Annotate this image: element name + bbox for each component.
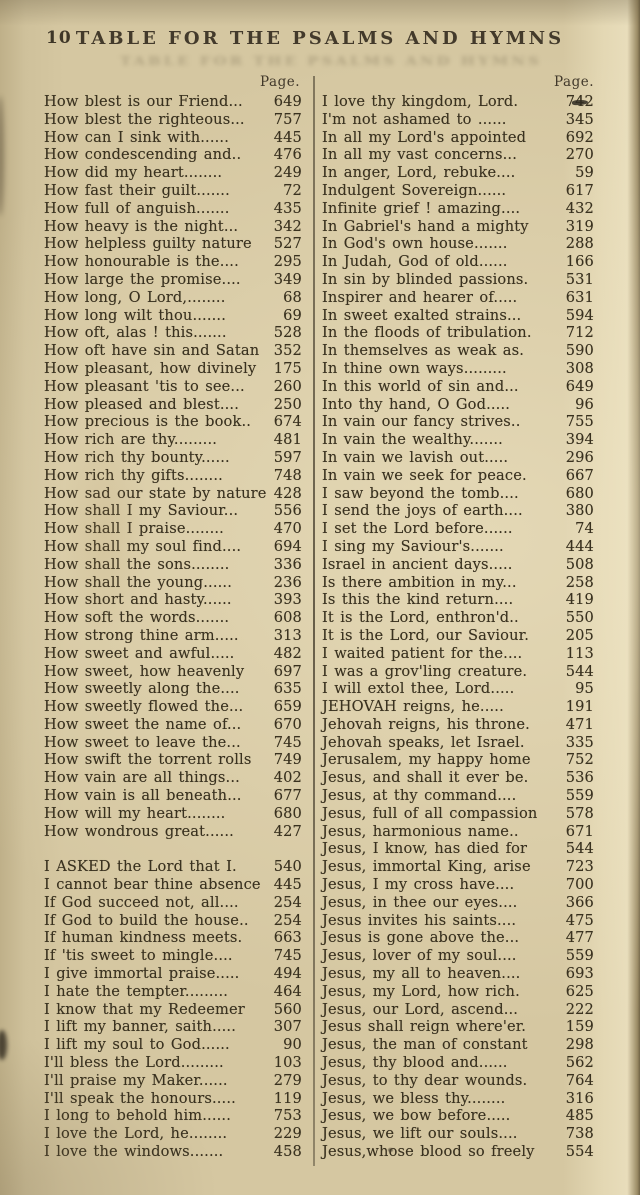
entry-text: How long, O Lord,........: [44, 289, 226, 307]
index-entry: How honourable is the....295: [44, 253, 302, 271]
entry-text: How short and hasty......: [44, 591, 232, 609]
index-entry: Is this the kind return....419: [322, 591, 594, 609]
entry-text: Jesus, to thy dear wounds.: [322, 1072, 527, 1090]
entry-page-number: 470: [274, 520, 302, 538]
entry-page-number: 528: [274, 324, 302, 342]
entry-text: Jesus, we bow before.....: [322, 1107, 510, 1125]
entry-text: How shall I my Saviour...: [44, 502, 238, 520]
entry-page-number: 119: [274, 1090, 302, 1108]
entry-text: It is the Lord, our Saviour.: [322, 627, 529, 645]
index-entry: Jesus, my all to heaven....693: [322, 965, 594, 983]
entry-text: In vain we lavish out.....: [322, 449, 508, 467]
entry-page-number: 482: [274, 645, 302, 663]
index-entry: Jesus, in thee our eyes....366: [322, 894, 594, 912]
index-entry: How precious is the book..674: [44, 413, 302, 431]
entry-page-number: 249: [274, 164, 302, 182]
entry-page-number: 295: [274, 253, 302, 271]
entry-text: I lift my banner, saith.....: [44, 1018, 236, 1036]
entry-text: I'll speak the honours.....: [44, 1090, 236, 1108]
entry-page-number: 481: [274, 431, 302, 449]
index-entry: Jesus, my Lord, how rich.625: [322, 983, 594, 1001]
entry-text: How long wilt thou.......: [44, 307, 226, 325]
entry-page-number: 254: [274, 912, 302, 930]
entry-text: How full of anguish.......: [44, 200, 230, 218]
index-entry: How sweetly along the....635: [44, 680, 302, 698]
index-entry: How swift the torrent rolls749: [44, 751, 302, 769]
entry-page-number: 95: [575, 680, 594, 698]
entry-page-number: 229: [274, 1125, 302, 1143]
index-entry: Jesus, we lift our souls....738: [322, 1125, 594, 1143]
entry-text: I was a grov'ling creature.: [322, 663, 527, 681]
entry-text: In Judah, God of old......: [322, 253, 508, 271]
entry-text: In the floods of tribulation.: [322, 324, 532, 342]
entry-page-number: 336: [274, 556, 302, 574]
entry-text: How heavy is the night...: [44, 218, 238, 236]
entry-text: How sweetly flowed the...: [44, 698, 243, 716]
entry-text: I give immortal praise.....: [44, 965, 239, 983]
entry-page-number: 677: [274, 787, 302, 805]
index-entry: Indulgent Sovereign......617: [322, 182, 594, 200]
entry-page-number: 96: [575, 396, 594, 414]
index-entry: I was a grov'ling creature.544: [322, 663, 594, 681]
index-entry: In themselves as weak as.590: [322, 342, 594, 360]
entry-page-number: 508: [566, 556, 594, 574]
entry-page-number: 222: [566, 1001, 594, 1019]
entry-text: How swift the torrent rolls: [44, 751, 252, 769]
page-title: TABLE FOR THE PSALMS AND HYMNS: [70, 28, 570, 49]
entry-page-number: 445: [274, 129, 302, 147]
entry-page-number: 298: [566, 1036, 594, 1054]
index-entry: Inspirer and hearer of.....631: [322, 289, 594, 307]
index-entry: How pleased and blest....250: [44, 396, 302, 414]
index-entry: Jesus, harmonious name..671: [322, 823, 594, 841]
entry-text: How honourable is the....: [44, 253, 239, 271]
entry-text: I love the windows.......: [44, 1143, 223, 1161]
index-entry: How large the promise....349: [44, 271, 302, 289]
entry-text: I waited patient for the....: [322, 645, 522, 663]
entry-text: Israel in ancient days.....: [322, 556, 513, 574]
entry-page-number: 594: [566, 307, 594, 325]
index-entry: I set the Lord before......74: [322, 520, 594, 538]
entry-page-number: 435: [274, 200, 302, 218]
entry-page-number: 659: [274, 698, 302, 716]
index-entry: Jesus, we bow before.....485: [322, 1107, 594, 1125]
entry-page-number: 191: [566, 698, 594, 716]
index-entry: I saw beyond the tomb....680: [322, 485, 594, 503]
entry-page-number: 544: [566, 663, 594, 681]
entry-text: How can I sink with......: [44, 129, 229, 147]
index-entry: How oft have sin and Satan352: [44, 342, 302, 360]
entry-page-number: 755: [566, 413, 594, 431]
entry-text: I'm not ashamed to ......: [322, 111, 507, 129]
entry-page-number: 427: [274, 823, 302, 841]
entry-page-number: 692: [566, 129, 594, 147]
entry-page-number: 313: [274, 627, 302, 645]
entry-page-number: 559: [566, 947, 594, 965]
entry-text: How shall I praise........: [44, 520, 224, 538]
index-entry: I'm not ashamed to ......345: [322, 111, 594, 129]
index-entry: How long, O Lord,........68: [44, 289, 302, 307]
entry-text: How oft have sin and Satan: [44, 342, 259, 360]
entry-text: I'll praise my Maker......: [44, 1072, 228, 1090]
index-entry: Into thy hand, O God.....96: [322, 396, 594, 414]
entry-text: Jehovah speaks, let Israel.: [322, 734, 525, 752]
entry-text: How sweetly along the....: [44, 680, 240, 698]
entry-text: In all my vast concerns...: [322, 146, 517, 164]
entry-text: If God to build the house..: [44, 912, 249, 930]
entry-page-number: 335: [566, 734, 594, 752]
entry-text: How pleased and blest....: [44, 396, 239, 414]
index-entry: I give immortal praise.....494: [44, 965, 302, 983]
entry-text: In themselves as weak as.: [322, 342, 524, 360]
entry-text: In vain the wealthy.......: [322, 431, 503, 449]
entry-page-number: 560: [274, 1001, 302, 1019]
index-entry: How blest the righteous...757: [44, 111, 302, 129]
index-entry: I love thy kingdom, Lord.742: [322, 93, 594, 111]
entry-page-number: 72: [283, 182, 302, 200]
entry-page-number: 475: [566, 912, 594, 930]
index-entry: In God's own house.......288: [322, 235, 594, 253]
entry-page-number: 694: [274, 538, 302, 556]
index-entry: Jesus, I know, has died for544: [322, 840, 594, 858]
entry-page-number: 254: [274, 894, 302, 912]
entry-page-number: 319: [566, 218, 594, 236]
index-entry: How short and hasty......393: [44, 591, 302, 609]
index-entry: I lift my soul to God......90: [44, 1036, 302, 1054]
entry-page-number: 680: [566, 485, 594, 503]
entry-text: I long to behold him......: [44, 1107, 231, 1125]
index-entry: In sin by blinded passions.531: [322, 271, 594, 289]
index-entry: I waited patient for the....113: [322, 645, 594, 663]
index-entry: How condescending and..476: [44, 146, 302, 164]
index-entry: How sweet to leave the...745: [44, 734, 302, 752]
entry-text: In sin by blinded passions.: [322, 271, 528, 289]
entry-text: In anger, Lord, rebuke....: [322, 164, 515, 182]
entry-text: Jesus, we lift our souls....: [322, 1125, 518, 1143]
index-entry: I lift my banner, saith.....307: [44, 1018, 302, 1036]
entry-text: How blest the righteous...: [44, 111, 245, 129]
entry-text: If human kindness meets.: [44, 929, 242, 947]
index-entry: How sad our state by nature428: [44, 485, 302, 503]
entry-text: In God's own house.......: [322, 235, 507, 253]
entry-page-number: 544: [566, 840, 594, 858]
entry-text: How sweet the name of...: [44, 716, 241, 734]
left-edge-smudge: [0, 1030, 7, 1060]
index-entry: Jesus, to thy dear wounds.764: [322, 1072, 594, 1090]
entry-text: How did my heart........: [44, 164, 222, 182]
index-entry: Jesus, our Lord, ascend...222: [322, 1001, 594, 1019]
entry-text: How sweet, how heavenly: [44, 663, 244, 681]
entry-text: I love the Lord, he........: [44, 1125, 227, 1143]
scanned-book-page: 10 TABLE FOR THE PSALMS AND HYMNS TABLE …: [0, 0, 640, 1195]
entry-text: I ASKED the Lord that I.: [44, 858, 237, 876]
entry-page-number: 288: [566, 235, 594, 253]
entry-page-number: 667: [566, 467, 594, 485]
entry-page-number: 464: [274, 983, 302, 1001]
entry-page-number: 349: [274, 271, 302, 289]
folio-number: 10: [46, 28, 72, 48]
entry-page-number: 723: [566, 858, 594, 876]
column-divider-rule: [313, 76, 315, 1166]
entry-page-number: 674: [274, 413, 302, 431]
index-entry: How rich are thy.........481: [44, 431, 302, 449]
right-column-list: I love thy kingdom, Lord.742I'm not asha…: [322, 93, 594, 1161]
entry-text: How helpless guilty nature: [44, 235, 252, 253]
entry-text: How sweet and awful.....: [44, 645, 234, 663]
entry-text: Infinite grief ! amazing....: [322, 200, 520, 218]
index-entry: How long wilt thou.......69: [44, 307, 302, 325]
index-entry: Jesus, immortal King, arise723: [322, 858, 594, 876]
entry-page-number: 175: [274, 360, 302, 378]
index-entry: In vain the wealthy.......394: [322, 431, 594, 449]
entry-text: Jesus, my all to heaven....: [322, 965, 520, 983]
entry-text: Jesus, in thee our eyes....: [322, 894, 517, 912]
entry-page-number: 608: [274, 609, 302, 627]
entry-text: I hate the tempter.........: [44, 983, 228, 1001]
entry-page-number: 578: [566, 805, 594, 823]
index-entry: How vain is all beneath...677: [44, 787, 302, 805]
index-entry: I hate the tempter.........464: [44, 983, 302, 1001]
entry-text: I send the joys of earth....: [322, 502, 523, 520]
index-entry: How wondrous great......427: [44, 823, 302, 841]
entry-text: If God succeed not, all....: [44, 894, 239, 912]
entry-text: In vain we seek for peace.: [322, 467, 527, 485]
entry-text: Jerusalem, my happy home: [322, 751, 531, 769]
index-entry: If God to build the house..254: [44, 912, 302, 930]
index-entry: It is the Lord, our Saviour.205: [322, 627, 594, 645]
index-entry: How shall my soul find....694: [44, 538, 302, 556]
entry-text: Jesus, we bless thy........: [322, 1090, 505, 1108]
entry-text: Inspirer and hearer of.....: [322, 289, 517, 307]
entry-page-number: 345: [566, 111, 594, 129]
entry-page-number: 752: [566, 751, 594, 769]
index-entry: I know that my Redeemer560: [44, 1001, 302, 1019]
entry-text: How shall the sons........: [44, 556, 229, 574]
index-entry: I sing my Saviour's.......444: [322, 538, 594, 556]
entry-page-number: 316: [566, 1090, 594, 1108]
index-entry: How vain are all things...402: [44, 769, 302, 787]
entry-text: If 'tis sweet to mingle....: [44, 947, 233, 965]
entry-page-number: 562: [566, 1054, 594, 1072]
index-entry: How rich thy gifts........748: [44, 467, 302, 485]
entry-page-number: 458: [274, 1143, 302, 1161]
entry-page-number: 757: [274, 111, 302, 129]
entry-page-number: 536: [566, 769, 594, 787]
entry-text: How blest is our Friend...: [44, 93, 243, 111]
entry-page-number: 631: [566, 289, 594, 307]
left-edge-shadow: [0, 96, 4, 216]
entry-page-number: 90: [283, 1036, 302, 1054]
entry-page-number: 494: [274, 965, 302, 983]
index-entry: In this world of sin and...649: [322, 378, 594, 396]
index-entry: I long to behold him......753: [44, 1107, 302, 1125]
entry-page-number: 745: [274, 947, 302, 965]
entry-text: How rich are thy.........: [44, 431, 217, 449]
entry-page-number: 394: [566, 431, 594, 449]
entry-text: Jesus, immortal King, arise: [322, 858, 531, 876]
entry-page-number: 635: [274, 680, 302, 698]
index-entry: How strong thine arm.....313: [44, 627, 302, 645]
entry-page-number: 68: [283, 289, 302, 307]
entry-page-number: 745: [274, 734, 302, 752]
index-entry: Jesus, thy blood and......562: [322, 1054, 594, 1072]
entry-text: How soft the words.......: [44, 609, 229, 627]
entry-text: How pleasant, how divinely: [44, 360, 256, 378]
entry-text: How shall the young......: [44, 574, 232, 592]
index-entry: In sweet exalted strains...594: [322, 307, 594, 325]
entry-page-number: 554: [566, 1143, 594, 1161]
index-entry: How shall the young......236: [44, 574, 302, 592]
entry-page-number: 419: [566, 591, 594, 609]
entry-page-number: 159: [566, 1018, 594, 1036]
index-entry: Jesus, at thy command....559: [322, 787, 594, 805]
index-entry: Jehovah reigns, his throne.471: [322, 716, 594, 734]
entry-text: In this world of sin and...: [322, 378, 519, 396]
index-entry: How blest is our Friend...649: [44, 93, 302, 111]
entry-page-number: 753: [274, 1107, 302, 1125]
index-entry: How fast their guilt.......72: [44, 182, 302, 200]
entry-page-number: 477: [566, 929, 594, 947]
index-entry: In the floods of tribulation.712: [322, 324, 594, 342]
index-entry: If God succeed not, all....254: [44, 894, 302, 912]
entry-page-number: 432: [566, 200, 594, 218]
entry-text: Jesus, full of all compassion: [322, 805, 537, 823]
entry-page-number: 428: [274, 485, 302, 503]
right-column-page-label: Page.: [322, 74, 594, 90]
entry-page-number: 738: [566, 1125, 594, 1143]
column-gap: [44, 840, 302, 858]
index-entry: How pleasant 'tis to see...260: [44, 378, 302, 396]
entry-text: How strong thine arm.....: [44, 627, 239, 645]
entry-text: How pleasant 'tis to see...: [44, 378, 245, 396]
paper-speck: [388, 1148, 393, 1152]
entry-page-number: 550: [566, 609, 594, 627]
entry-page-number: 308: [566, 360, 594, 378]
index-entry: How heavy is the night...342: [44, 218, 302, 236]
index-entry: If human kindness meets.663: [44, 929, 302, 947]
ink-bleed-ghost-text: TABLE FOR THE PSALMS AND HYMNS: [120, 54, 540, 68]
entry-text: Jesus, I my cross have....: [322, 876, 514, 894]
index-entry: I'll speak the honours.....119: [44, 1090, 302, 1108]
index-entry: Jesus, we bless thy........316: [322, 1090, 594, 1108]
index-entry: JEHOVAH reigns, he.....191: [322, 698, 594, 716]
index-entry: How sweet the name of...670: [44, 716, 302, 734]
entry-text: How shall my soul find....: [44, 538, 241, 556]
entry-text: How precious is the book..: [44, 413, 251, 431]
index-entry: How sweet and awful.....482: [44, 645, 302, 663]
index-entry: Jerusalem, my happy home752: [322, 751, 594, 769]
entry-text: In thine own ways.........: [322, 360, 507, 378]
entry-text: Jesus, my Lord, how rich.: [322, 983, 520, 1001]
entry-page-number: 617: [566, 182, 594, 200]
entry-page-number: 748: [274, 467, 302, 485]
entry-text: I set the Lord before......: [322, 520, 513, 538]
entry-text: How will my heart........: [44, 805, 225, 823]
index-entry: In Gabriel's hand a mighty319: [322, 218, 594, 236]
index-entry: I ASKED the Lord that I.540: [44, 858, 302, 876]
index-entry: Israel in ancient days.....508: [322, 556, 594, 574]
index-entry: In vain we lavish out.....296: [322, 449, 594, 467]
index-entry: Jesus shall reign where'er.159: [322, 1018, 594, 1036]
index-entry: How oft, alas ! this.......528: [44, 324, 302, 342]
entry-page-number: 693: [566, 965, 594, 983]
entry-text: I'll bless the Lord.........: [44, 1054, 224, 1072]
entry-page-number: 590: [566, 342, 594, 360]
entry-text: I saw beyond the tomb....: [322, 485, 519, 503]
entry-text: How sweet to leave the...: [44, 734, 241, 752]
left-column-list: How blest is our Friend...649How blest t…: [44, 93, 302, 1161]
index-entry: Jesus, I my cross have....700: [322, 876, 594, 894]
index-entry: Jesus, full of all compassion578: [322, 805, 594, 823]
index-entry: In Judah, God of old......166: [322, 253, 594, 271]
entry-text: JEHOVAH reigns, he.....: [322, 698, 504, 716]
entry-page-number: 531: [566, 271, 594, 289]
entry-page-number: 380: [566, 502, 594, 520]
entry-text: How sad our state by nature: [44, 485, 267, 503]
entry-page-number: 764: [566, 1072, 594, 1090]
index-entry: I cannot bear thine absence445: [44, 876, 302, 894]
entry-page-number: 556: [274, 502, 302, 520]
index-entry: How pleasant, how divinely175: [44, 360, 302, 378]
entry-text: How vain is all beneath...: [44, 787, 242, 805]
entry-page-number: 103: [274, 1054, 302, 1072]
index-entry: In all my Lord's appointed692: [322, 129, 594, 147]
entry-page-number: 166: [566, 253, 594, 271]
entry-page-number: 559: [566, 787, 594, 805]
entry-page-number: 485: [566, 1107, 594, 1125]
entry-text: Jesus, and shall it ever be.: [322, 769, 528, 787]
index-entry: Jehovah speaks, let Israel.335: [322, 734, 594, 752]
entry-page-number: 279: [274, 1072, 302, 1090]
entry-page-number: 250: [274, 396, 302, 414]
index-entry: How rich thy bounty......597: [44, 449, 302, 467]
entry-page-number: 700: [566, 876, 594, 894]
entry-page-number: 471: [566, 716, 594, 734]
index-entry: How can I sink with......445: [44, 129, 302, 147]
index-entry: How sweet, how heavenly697: [44, 663, 302, 681]
entry-page-number: 270: [566, 146, 594, 164]
entry-page-number: 352: [274, 342, 302, 360]
index-entry: Jesus, lover of my soul....559: [322, 947, 594, 965]
entry-text: Into thy hand, O God.....: [322, 396, 510, 414]
entry-text: Jesus, at thy command....: [322, 787, 516, 805]
entry-page-number: 236: [274, 574, 302, 592]
entry-text: Jesus shall reign where'er.: [322, 1018, 526, 1036]
entry-page-number: 649: [566, 378, 594, 396]
index-entry: I will extol thee, Lord.....95: [322, 680, 594, 698]
entry-text: Jesus, thy blood and......: [322, 1054, 508, 1072]
entry-text: How wondrous great......: [44, 823, 234, 841]
entry-text: I cannot bear thine absence: [44, 876, 261, 894]
index-entry: Infinite grief ! amazing....432: [322, 200, 594, 218]
index-entry: Jesus is gone above the...477: [322, 929, 594, 947]
entry-text: Jehovah reigns, his throne.: [322, 716, 530, 734]
entry-page-number: 671: [566, 823, 594, 841]
entry-text: Is there ambition in my...: [322, 574, 517, 592]
entry-page-number: 749: [274, 751, 302, 769]
index-entry: Jesus invites his saints....475: [322, 912, 594, 930]
entry-page-number: 625: [566, 983, 594, 1001]
entry-page-number: 663: [274, 929, 302, 947]
index-entry: How will my heart........680: [44, 805, 302, 823]
index-entry: Is there ambition in my...258: [322, 574, 594, 592]
entry-page-number: 296: [566, 449, 594, 467]
index-entry: In vain our fancy strives..755: [322, 413, 594, 431]
entry-text: How oft, alas ! this.......: [44, 324, 227, 342]
index-entry: I love the windows.......458: [44, 1143, 302, 1161]
entry-text: How large the promise....: [44, 271, 241, 289]
index-entry: Jesus, the man of constant298: [322, 1036, 594, 1054]
